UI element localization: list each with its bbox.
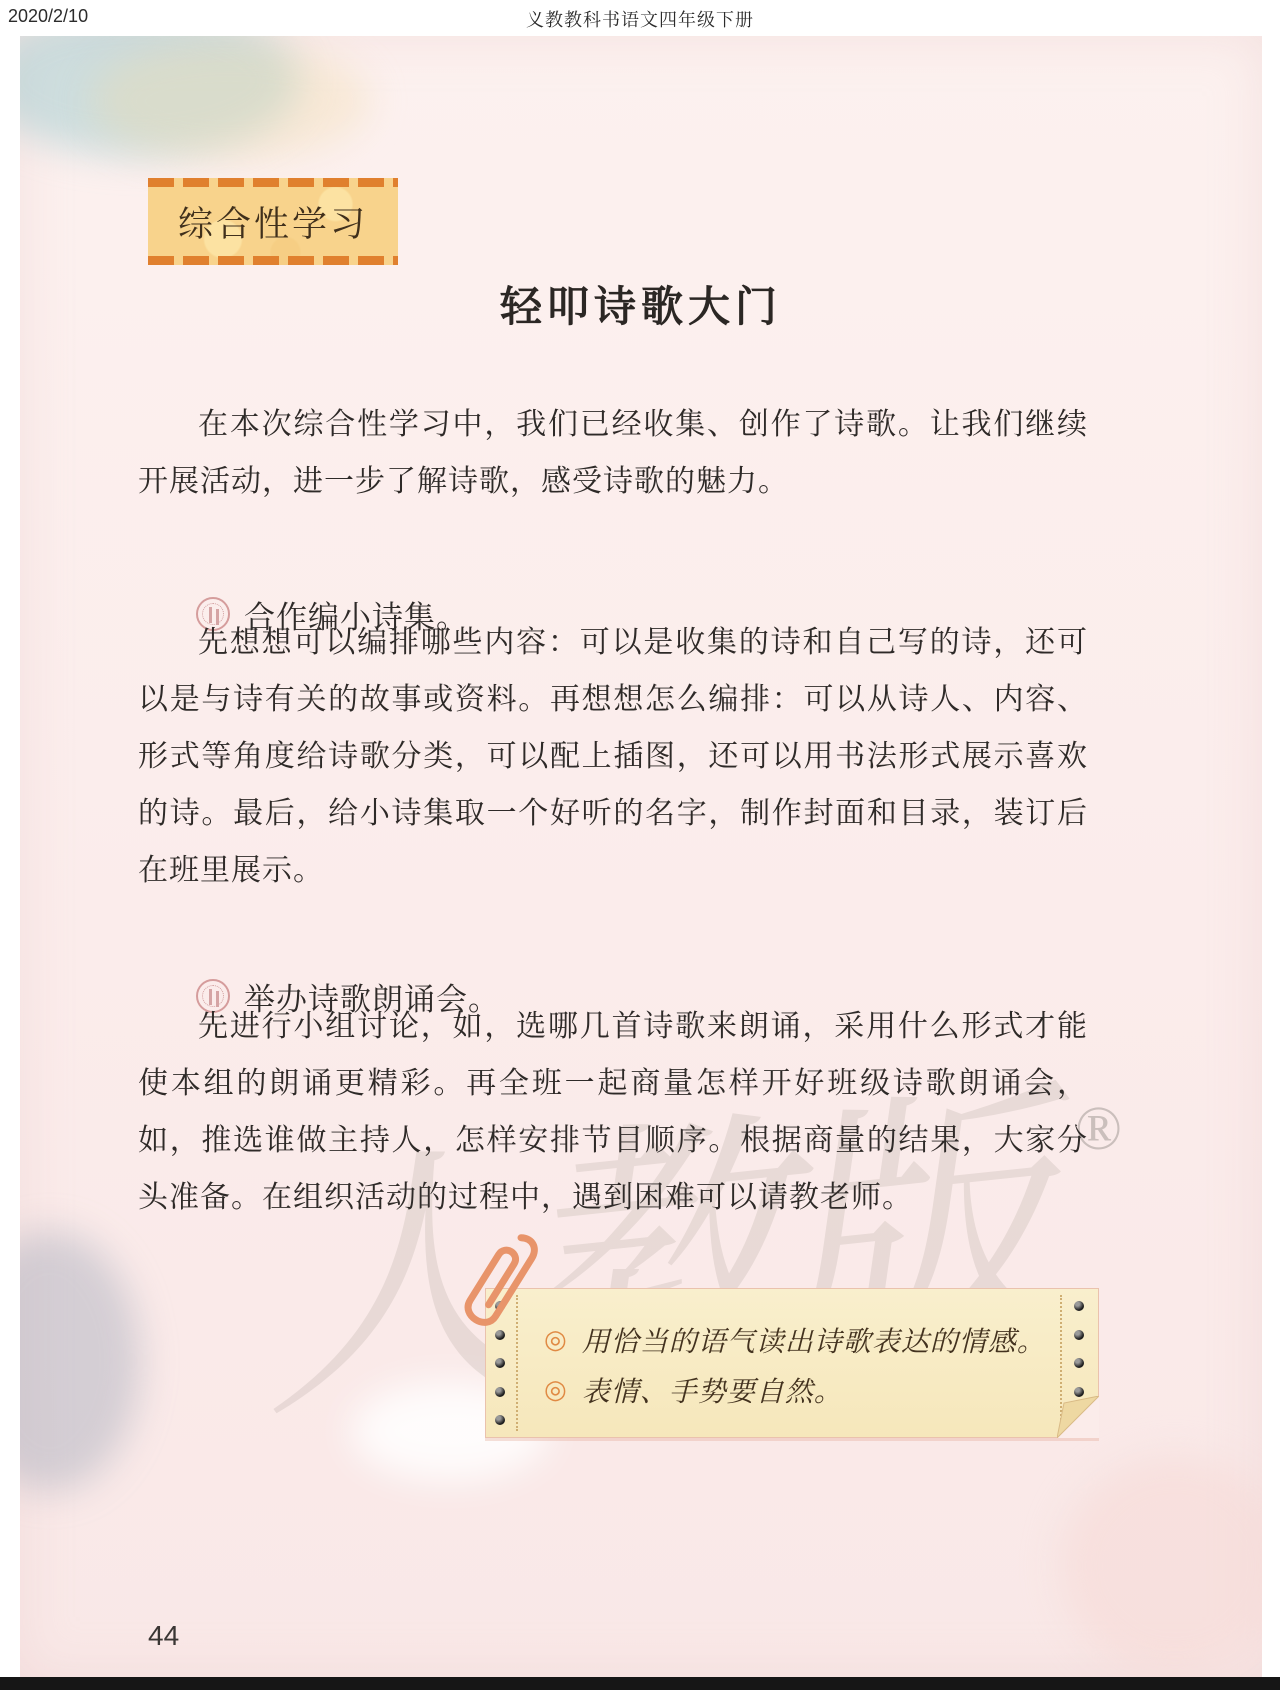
binding-hole [495, 1415, 505, 1425]
watercolor-blob-slate [20, 1231, 140, 1491]
dog-ear-fold [1057, 1396, 1099, 1438]
bottom-bar [0, 1677, 1280, 1690]
binding-hole [495, 1330, 505, 1340]
ring-bullet-icon: ◎ [544, 1327, 568, 1353]
print-header: 2020/2/10 义教教科书语文四年级下册 [0, 0, 1280, 34]
section-badge-label: 综合性学习 [178, 197, 368, 247]
note-item: ◎ 用恰当的语气读出诗歌表达的情感。 [544, 1315, 1048, 1365]
lesson-title: 轻叩诗歌大门 [20, 274, 1262, 334]
note-item: ◎ 表情、手势要自然。 [544, 1365, 1048, 1415]
binding-hole [495, 1387, 505, 1397]
binding-hole [495, 1358, 505, 1368]
binding-hole [1074, 1358, 1084, 1368]
watercolor-blob-teal [20, 36, 300, 156]
screenshot-root: 2020/2/10 义教教科书语文四年级下册 人教版 ® 综合性学习 轻叩诗歌大… [0, 0, 1280, 1690]
page-number: 44 [148, 1620, 179, 1652]
watercolor-blob-sand [90, 41, 370, 161]
ring-bullet-icon: ◎ [544, 1377, 568, 1403]
watercolor-blob-rose [1060, 1456, 1262, 1676]
note-items: ◎ 用恰当的语气读出诗歌表达的情感。 ◎ 表情、手势要自然。 [544, 1315, 1048, 1415]
tips-note: ◎ 用恰当的语气读出诗歌表达的情感。 ◎ 表情、手势要自然。 [485, 1288, 1099, 1438]
note-rule [516, 1295, 518, 1431]
binding-hole [1074, 1330, 1084, 1340]
document-title: 义教教科书语文四年级下册 [0, 6, 1280, 32]
binding-hole [1074, 1387, 1084, 1397]
note-item-text: 表情、手势要自然。 [582, 1370, 843, 1410]
note-item-text: 用恰当的语气读出诗歌表达的情感。 [582, 1320, 1046, 1360]
section-badge: 综合性学习 [148, 178, 398, 265]
intro-paragraph: 在本次综合性学习中，我们已经收集、创作了诗歌。让我们继续开展活动，进一步了解诗歌… [138, 396, 1088, 510]
activity-1-body: 先想想可以编排哪些内容：可以是收集的诗和自己写的诗，还可以是与诗有关的故事或资料… [138, 614, 1088, 899]
binding-hole [1074, 1301, 1084, 1311]
activity-2-body: 先进行小组讨论，如，选哪几首诗歌来朗诵，采用什么形式才能使本组的朗诵更精彩。再全… [138, 998, 1088, 1226]
textbook-page: 人教版 ® 综合性学习 轻叩诗歌大门 在本次综合性学习中，我们已经收集、创作了诗… [20, 36, 1262, 1677]
